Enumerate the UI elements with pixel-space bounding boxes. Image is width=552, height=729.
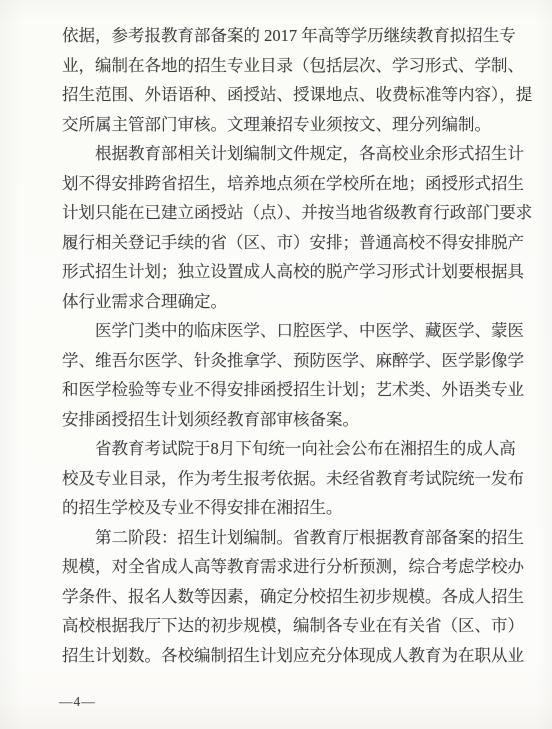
text-line-p4-l1: 规模，对全省成人高等教育需求进行分析预测，综合考虑学校办: [62, 552, 510, 582]
text-line-p1-l0: 根据教育部相关计划编制文件规定，各高校业余形式招生计: [62, 139, 510, 169]
text-line-p3-l0: 省教育考试院于8月下旬统一向社会公布在湘招生的成人高: [62, 434, 510, 464]
text-line-p4-l3: 高校根据我厅下达的初步规模，编制各专业在有关省（区、市）: [62, 611, 510, 641]
text-line-p2-l1: 学、维吾尔医学、针灸推拿学、预防医学、麻醉学、医学影像学: [62, 346, 510, 376]
text-line-p0-l3: 交所属主管部门审核。文理兼招专业须按文、理分列编制。: [62, 110, 510, 140]
text-line-p0-l2: 招生范围、外语语种、函授站、授课地点、收费标准等内容），提: [62, 80, 510, 110]
text-line-p0-l1: 业，编制在各地的招生专业目录（包括层次、学习形式、学制、: [62, 51, 510, 81]
scanned-document-page: 依据，参考报教育部备案的 2017 年高等学历继续教育拟招生专业，编制在各地的招…: [0, 0, 552, 729]
text-line-p2-l3: 安排函授招生计划须经教育部审核备案。: [62, 405, 510, 435]
text-line-p3-l1: 校及专业目录，作为考生报考依据。未经省教育考试院统一发布: [62, 464, 510, 494]
text-line-p2-l0: 医学门类中的临床医学、口腔医学、中医学、藏医学、蒙医: [62, 316, 510, 346]
text-line-p2-l2: 和医学检验等专业不得安排函授招生计划；艺术类、外语类专业: [62, 375, 510, 405]
document-text: 依据，参考报教育部备案的 2017 年高等学历继续教育拟招生专业，编制在各地的招…: [62, 21, 510, 670]
text-line-p1-l2: 计划只能在已建立函授站（点）、并按当地省级教育行政部门要求: [62, 198, 510, 228]
page-number: —4—: [59, 694, 96, 710]
text-line-p4-l2: 学条件、报名人数等因素，确定分校招生初步规模。各成人招生: [62, 582, 510, 612]
text-line-p0-l0: 依据，参考报教育部备案的 2017 年高等学历继续教育拟招生专: [62, 21, 510, 51]
text-line-p1-l4: 形式招生计划；独立设置成人高校的脱产学习形式计划要根据具: [62, 257, 510, 287]
text-line-p4-l4: 招生计划数。各校编制招生计划应充分体现成人教育为在职从业: [62, 641, 510, 671]
text-line-p3-l2: 的招生学校及专业不得安排在湘招生。: [62, 493, 510, 523]
text-line-p1-l1: 划不得安排跨省招生，培养地点须在学校所在地；函授形式招生: [62, 169, 510, 199]
text-line-p1-l5: 体行业需求合理确定。: [62, 287, 510, 317]
text-line-p4-l0: 第二阶段：招生计划编制。省教育厅根据教育部备案的招生: [62, 523, 510, 553]
text-line-p1-l3: 履行相关登记手续的省（区、市）安排；普通高校不得安排脱产: [62, 228, 510, 258]
